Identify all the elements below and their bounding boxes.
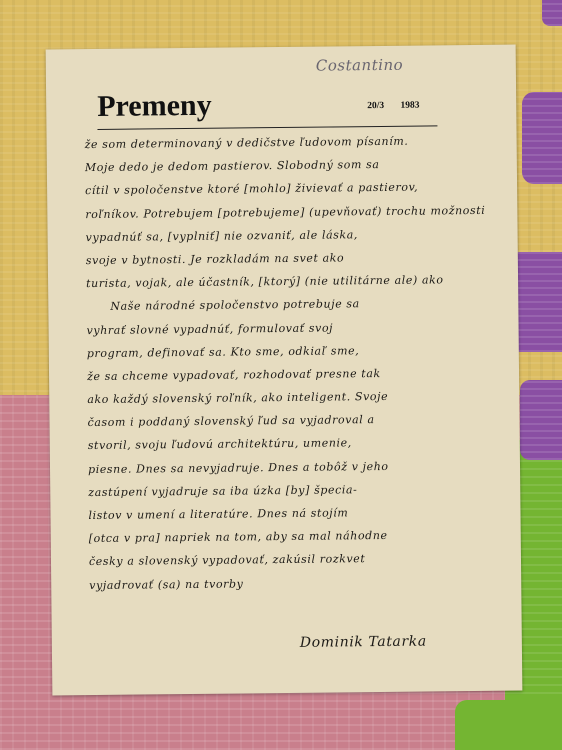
masthead-date: 20/3 1983 (367, 100, 433, 111)
mat-tile-green-edge (455, 700, 562, 750)
signature: Dominik Tatarka (300, 634, 427, 651)
mat-tile-purple (542, 0, 562, 26)
handwritten-body: že som determinovaný v dedičstve ľudovom… (85, 129, 500, 597)
handwritten-line: roľníkov. Potrebujem [potrebujeme] (upev… (85, 198, 495, 225)
date-day-month: 20/3 (367, 101, 384, 111)
date-year: 1983 (400, 101, 419, 111)
margin-annotation: Costantino (316, 56, 404, 75)
handwritten-line: turista, vojak, ale účastník, [ktorý] (n… (86, 268, 496, 295)
mat-tile-purple (522, 92, 562, 184)
masthead-title: Premeny (97, 88, 212, 125)
handwritten-line: vyjadrovať (sa) na tvorby (89, 569, 499, 596)
handwritten-card: Costantino Premeny 20/3 1983 že som dete… (46, 45, 523, 696)
mat-tile-purple (520, 380, 562, 460)
masthead: Premeny 20/3 1983 (97, 85, 437, 130)
